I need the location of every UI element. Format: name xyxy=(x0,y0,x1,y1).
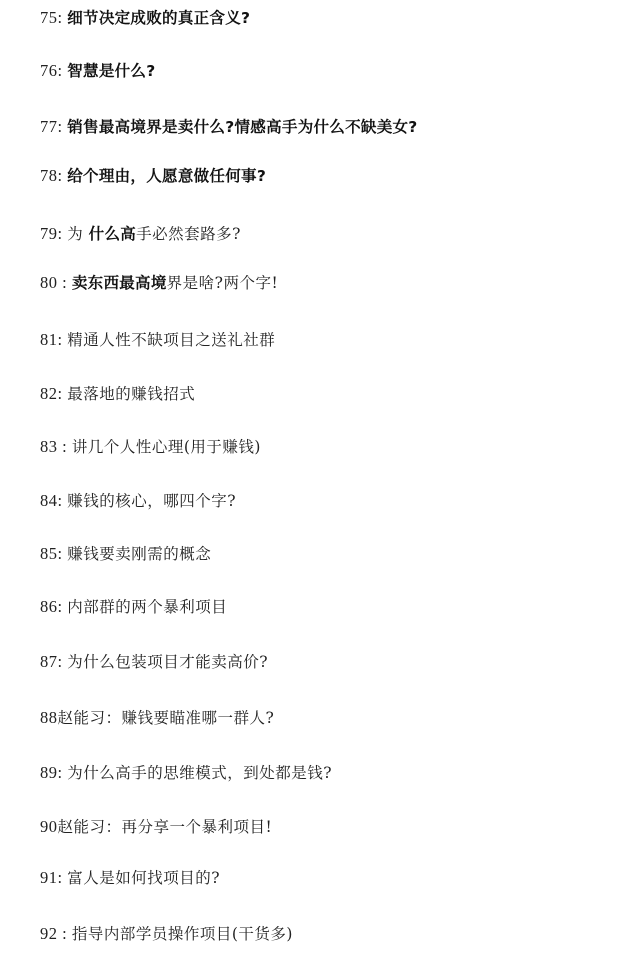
item-number: 91: xyxy=(40,868,67,887)
item-text-prefix: 为 xyxy=(67,225,88,243)
item-number: 88 xyxy=(40,708,58,727)
list-item-82: 82: 最落地的赚钱招式 xyxy=(40,384,195,404)
item-number: 90 xyxy=(40,817,58,836)
item-number: 79: xyxy=(40,224,67,243)
item-text: 手必然套路多? xyxy=(136,225,241,243)
item-number: 75: xyxy=(40,8,67,27)
item-number: 77: xyxy=(40,117,67,136)
item-number: 89: xyxy=(40,763,67,782)
list-item-81: 81: 精通人性不缺项目之送礼社群 xyxy=(40,330,275,350)
item-number: 83 : xyxy=(40,437,72,456)
list-item-84: 84: 赚钱的核心，哪四个字? xyxy=(40,491,236,511)
item-text: 赵能习：赚钱要瞄准哪一群人? xyxy=(58,709,275,727)
item-number: 82: xyxy=(40,384,67,403)
item-text: 指导内部学员操作项目(干货多) xyxy=(72,925,293,943)
item-text: 为什么高手的思维模式，到处都是钱? xyxy=(67,764,332,782)
item-text-bold: 给个理由，人愿意做任何事? xyxy=(67,167,266,185)
list-item-79: 79: 为 什么高手必然套路多? xyxy=(40,224,241,244)
list-item-77: 77: 销售最高境界是卖什么?情感高手为什么不缺美女? xyxy=(40,117,418,137)
item-text: 赚钱的核心，哪四个字? xyxy=(67,492,236,510)
list-item-92: 92 : 指导内部学员操作项目(干货多) xyxy=(40,924,293,944)
item-text-bold: 细节决定成败的真正含义? xyxy=(67,9,250,27)
item-text: 富人是如何找项目的? xyxy=(67,869,220,887)
item-text: 赚钱要卖刚需的概念 xyxy=(67,545,211,563)
item-text-bold: 什么高 xyxy=(89,225,136,243)
list-item-80: 80 : 卖东西最高境界是啥?两个字! xyxy=(40,273,278,293)
item-text: 内部群的两个暴利项目 xyxy=(67,598,227,616)
item-text: 为什么包装项目才能卖高价? xyxy=(67,653,268,671)
item-text: 精通人性不缺项目之送礼社群 xyxy=(67,331,275,349)
item-text-bold: 智慧是什么? xyxy=(67,62,155,80)
list-item-78: 78: 给个理由，人愿意做任何事? xyxy=(40,166,266,186)
list-item-85: 85: 赚钱要卖刚需的概念 xyxy=(40,544,211,564)
item-text-bold: 销售最高境界是卖什么?情感高手为什么不缺美女? xyxy=(67,118,417,136)
document-page: 75: 细节决定成败的真正含义? 76: 智慧是什么? 77: 销售最高境界是卖… xyxy=(0,0,626,953)
list-item-76: 76: 智慧是什么? xyxy=(40,61,156,81)
item-text: 赵能习：再分享一个暴利项目! xyxy=(58,818,273,836)
item-number: 76: xyxy=(40,61,67,80)
list-item-86: 86: 内部群的两个暴利项目 xyxy=(40,597,227,617)
item-number: 78: xyxy=(40,166,67,185)
list-item-89: 89: 为什么高手的思维模式，到处都是钱? xyxy=(40,763,332,783)
item-number: 84: xyxy=(40,491,67,510)
list-item-88: 88赵能习：赚钱要瞄准哪一群人? xyxy=(40,708,274,728)
list-item-75: 75: 细节决定成败的真正含义? xyxy=(40,8,250,28)
list-item-91: 91: 富人是如何找项目的? xyxy=(40,868,220,888)
item-text: 最落地的赚钱招式 xyxy=(67,385,195,403)
list-item-90: 90赵能习：再分享一个暴利项目! xyxy=(40,817,272,837)
item-number: 86: xyxy=(40,597,67,616)
item-text: 讲几个人性心理(用于赚钱) xyxy=(72,438,261,456)
item-number: 81: xyxy=(40,330,67,349)
item-number: 80 : xyxy=(40,273,72,292)
item-text-bold: 卖东西最高境 xyxy=(72,274,167,292)
item-text: 界是啥?两个字! xyxy=(167,274,279,292)
item-number: 87: xyxy=(40,652,67,671)
list-item-83: 83 : 讲几个人性心理(用于赚钱) xyxy=(40,437,261,457)
item-number: 92 : xyxy=(40,924,72,943)
list-item-87: 87: 为什么包装项目才能卖高价? xyxy=(40,652,268,672)
item-number: 85: xyxy=(40,544,67,563)
